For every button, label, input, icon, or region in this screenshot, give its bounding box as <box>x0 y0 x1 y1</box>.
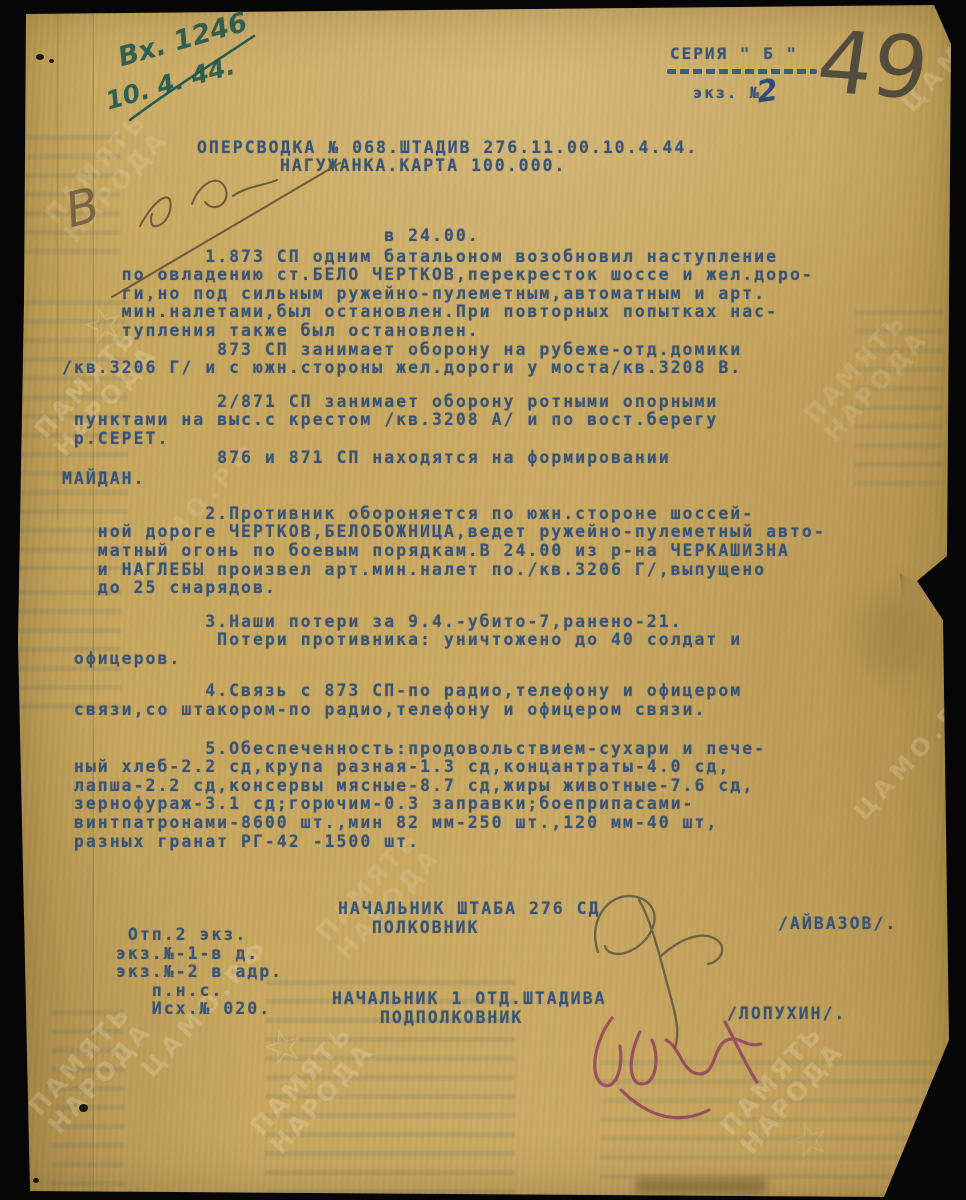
handwriting-layer <box>0 0 966 1200</box>
scan-background: ЦАМО.РФ ПАМЯТЬ НАРОДА ☆ ПАМЯТЬ НАРОДА ЦА… <box>0 0 966 1200</box>
document-page: ЦАМО.РФ ПАМЯТЬ НАРОДА ☆ ПАМЯТЬ НАРОДА ЦА… <box>0 0 966 1200</box>
chief-of-staff-signature <box>595 896 722 1048</box>
ink-spot <box>49 59 54 63</box>
bottom-stain <box>636 1178 766 1194</box>
ink-spot <box>79 1104 88 1112</box>
ink-spot <box>36 54 44 60</box>
approval-strike-line <box>112 163 340 297</box>
incoming-note-slash <box>130 36 254 120</box>
ink-spot <box>33 1178 39 1183</box>
approval-squiggle <box>140 180 277 226</box>
